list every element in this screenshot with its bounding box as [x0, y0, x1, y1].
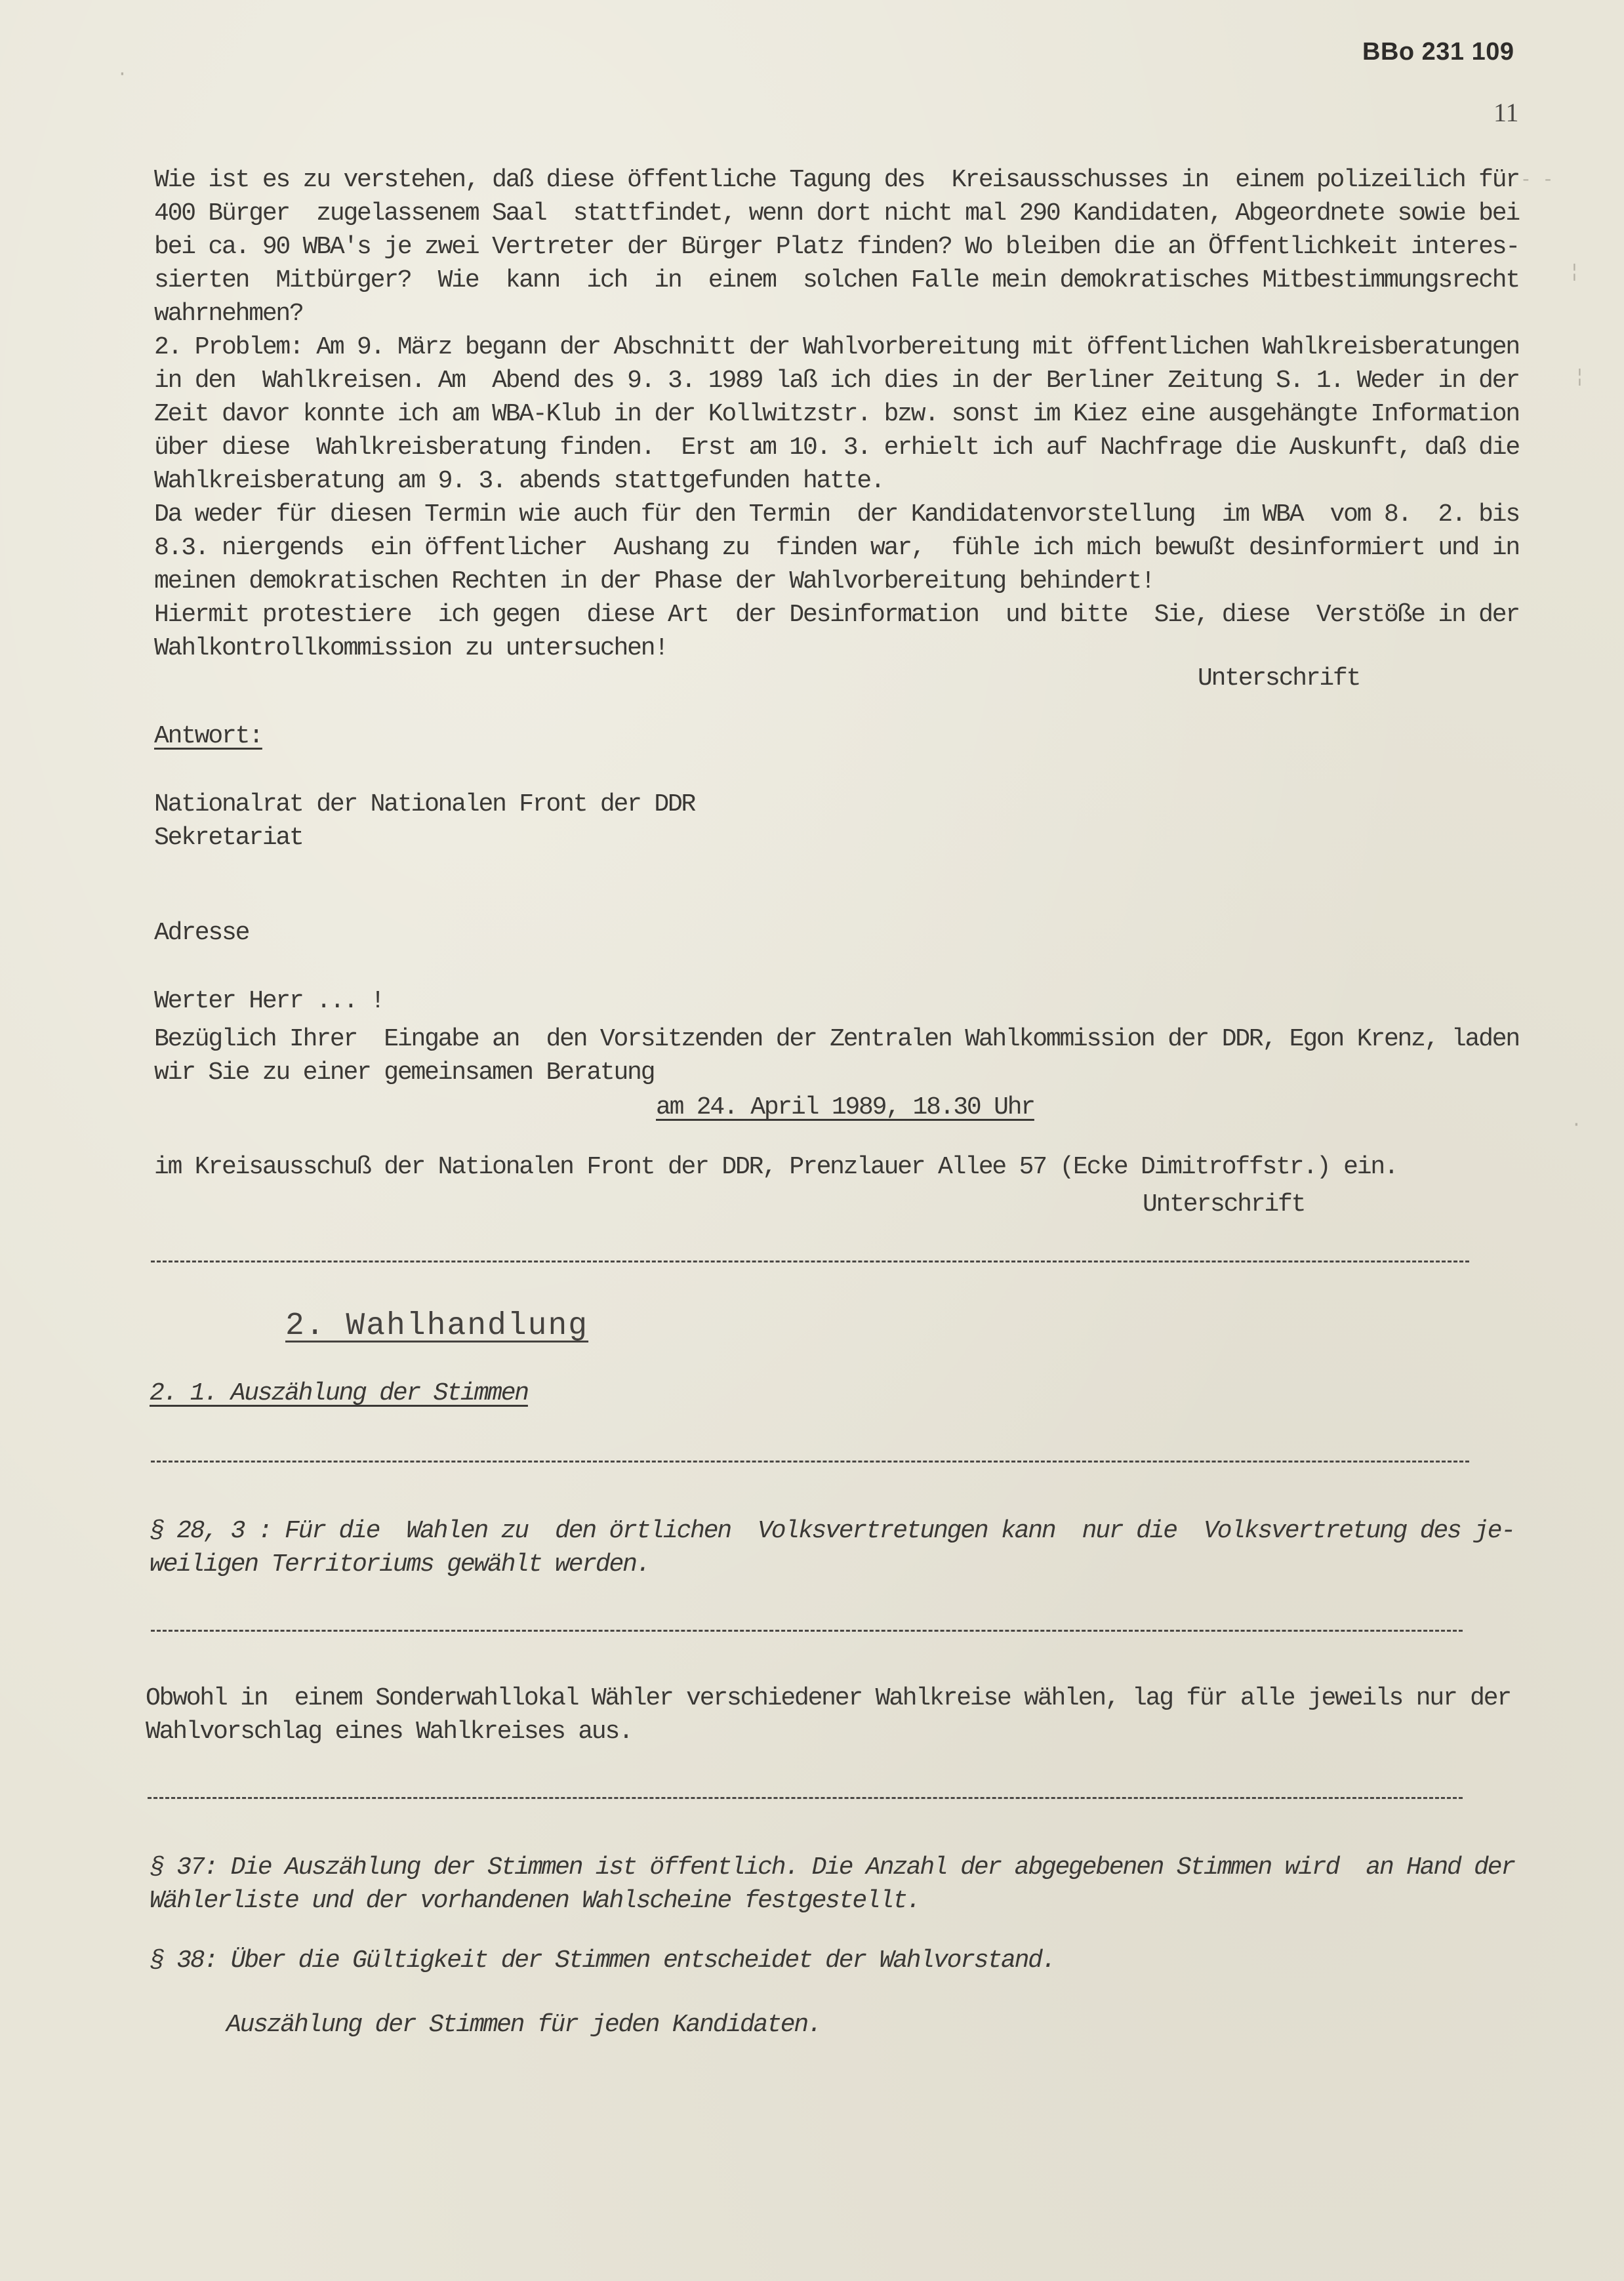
document-page: BBo 231 109 11 Wie ist es zu verstehen, …	[0, 0, 1624, 2281]
complaint-line: sierten Mitbürger? Wie kann ich in einem…	[154, 264, 1519, 297]
scan-speck: - -	[1520, 171, 1553, 191]
complaint-line: Da weder für diesen Termin wie auch für …	[154, 498, 1519, 531]
answer-body-line: Bezüglich Ihrer Eingabe an den Vorsitzen…	[154, 1023, 1519, 1056]
answer-signature: Unterschrift	[1143, 1188, 1305, 1221]
complaint-line: 2. Problem: Am 9. März begann der Abschn…	[154, 331, 1519, 364]
sender-organization: Nationalrat der Nationalen Front der DDR	[154, 788, 695, 821]
complaint-signature: Unterschrift	[1198, 662, 1360, 695]
complaint-line: Wie ist es zu verstehen, daß diese öffen…	[154, 164, 1519, 197]
counting-note: Auszählung der Stimmen für jeden Kandida…	[226, 2009, 821, 2042]
paragraph-38: § 38: Über die Gültigkeit der Stimmen en…	[150, 1945, 1055, 1977]
complaint-line: in den Wahlkreisen. Am Abend des 9. 3. 1…	[154, 365, 1519, 397]
scan-speck: ¦	[1569, 262, 1580, 283]
address-placeholder: Adresse	[154, 917, 249, 950]
observation-line: Wahlvorschlag eines Wahlkreises aus.	[146, 1716, 632, 1748]
complaint-line: 8.3. niergends ein öffentlicher Aushang …	[154, 532, 1519, 565]
meeting-location: im Kreisausschuß der Nationalen Front de…	[154, 1151, 1398, 1184]
scan-speck: ·	[117, 64, 128, 85]
paragraph-28-line: § 28, 3 : Für die Wahlen zu den örtliche…	[150, 1515, 1514, 1548]
complaint-line: meinen demokratischen Rechten in der Pha…	[154, 565, 1154, 598]
archive-reference-stamp: BBo 231 109	[1362, 38, 1514, 66]
section-heading: 2. Wahlhandlung	[285, 1308, 588, 1344]
sender-department: Sekretariat	[154, 822, 303, 855]
complaint-line: Wahlkreisberatung am 9. 3. abends stattg…	[154, 465, 884, 498]
answer-body-line: wir Sie zu einer gemeinsamen Beratung	[154, 1057, 654, 1089]
section-divider	[151, 1261, 1469, 1262]
section-divider	[151, 1630, 1463, 1632]
complaint-line: über diese Wahlkreisberatung finden. Ers…	[154, 432, 1519, 464]
complaint-line: bei ca. 90 WBA's je zwei Vertreter der B…	[154, 231, 1519, 264]
page-number: 11	[1493, 97, 1519, 128]
section-divider	[148, 1797, 1463, 1799]
complaint-line: Wahlkontrollkommission zu untersuchen!	[154, 632, 668, 665]
subsection-heading: 2. 1. Auszählung der Stimmen	[150, 1377, 528, 1410]
meeting-date: am 24. April 1989, 18.30 Uhr	[656, 1091, 1034, 1124]
paragraph-28-line: weiligen Territoriums gewählt werden.	[150, 1548, 649, 1581]
scan-speck: ·	[1571, 1115, 1582, 1135]
observation-line: Obwohl in einem Sonderwahllokal Wähler v…	[146, 1682, 1511, 1715]
complaint-line: 400 Bürger zugelassenem Saal stattfindet…	[154, 197, 1519, 230]
section-divider	[151, 1461, 1469, 1463]
paragraph-37-line: § 37: Die Auszählung der Stimmen ist öff…	[150, 1851, 1514, 1884]
answer-label: Antwort:	[154, 720, 262, 753]
salutation: Werter Herr ... !	[154, 985, 384, 1018]
complaint-line: wahrnehmen?	[154, 298, 303, 331]
complaint-line: Zeit davor konnte ich am WBA-Klub in der…	[154, 398, 1519, 431]
paragraph-37-line: Wählerliste und der vorhandenen Wahlsche…	[150, 1885, 920, 1918]
complaint-line: Hiermit protestiere ich gegen diese Art …	[154, 599, 1519, 632]
scan-speck: ¦	[1574, 367, 1585, 388]
